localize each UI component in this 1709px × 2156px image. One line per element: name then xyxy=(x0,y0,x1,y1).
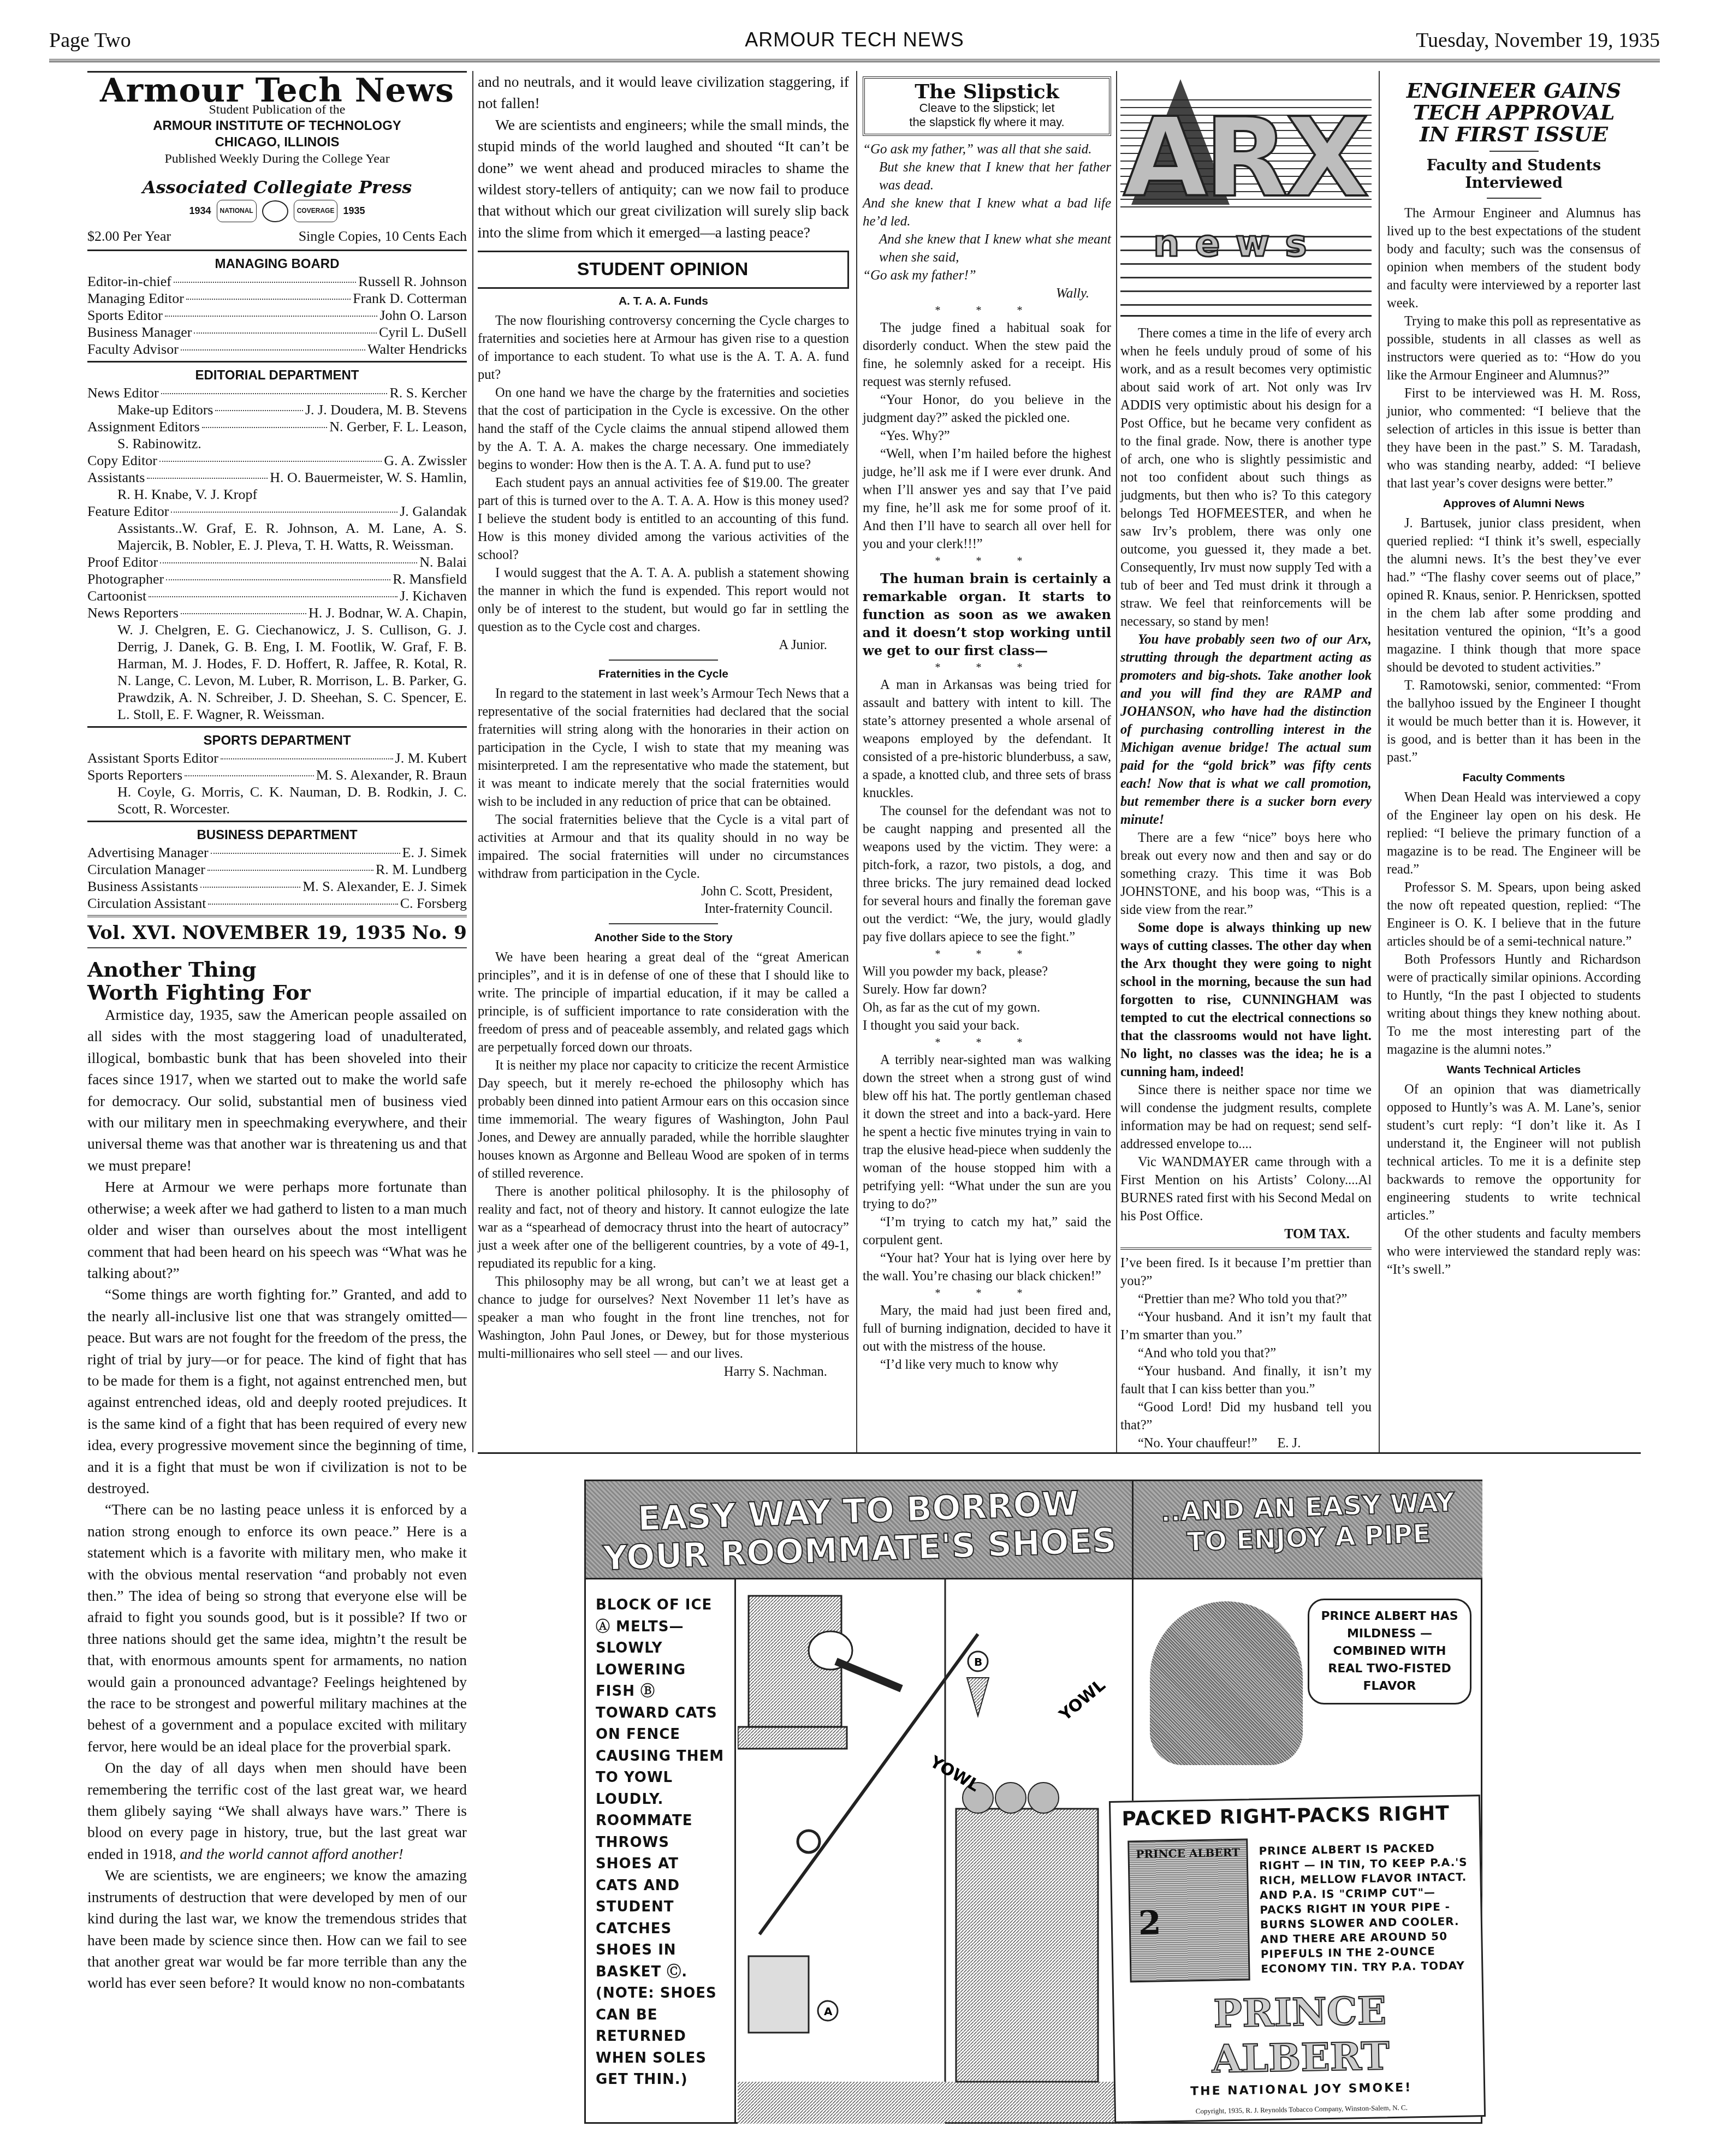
staff-continuation: Assistants..W. Graf, E. R. Johnson, A. M… xyxy=(87,520,467,554)
separator-stars: * * * xyxy=(863,1035,1111,1051)
paragraph: “Some things are worth fighting for.” Gr… xyxy=(87,1284,467,1499)
joke-paragraph: “I’d like very much to know why xyxy=(863,1356,1111,1374)
staff-row: Circulation AssistantC. Forsberg xyxy=(87,895,467,912)
dept-heading: EDITORIAL DEPARTMENT xyxy=(87,367,467,384)
slipstick-motto: Cleave to the slipstick; let xyxy=(868,101,1106,115)
leader-dots xyxy=(194,332,377,334)
headline-line: TECH APPROVAL xyxy=(1387,102,1641,123)
paragraph: “Good Lord! Did my husband tell you that… xyxy=(1120,1398,1372,1434)
leader-dots xyxy=(166,579,390,580)
paragraph: The social fraternities believe that the… xyxy=(478,811,849,883)
staff-row: News ReportersH. J. Bodnar, W. A. Chapin… xyxy=(87,604,467,621)
joke-paragraph: Mary, the maid had just been fired and, … xyxy=(863,1302,1111,1356)
staff-row: PhotographerR. Mansfield xyxy=(87,571,467,587)
staff-row: Make-up EditorsJ. J. Doudera, M. B. Stev… xyxy=(87,401,467,418)
paragraph: First to be interviewed was H. M. Ross, … xyxy=(1387,384,1641,492)
staff-role: Advertising Manager xyxy=(87,844,209,861)
paragraph: “No. Your chauffeur!” E. J. xyxy=(1120,1434,1372,1452)
slipstick-header: The Slipstick Cleave to the slipstick; l… xyxy=(863,76,1111,136)
arx-news-logo: ARX news xyxy=(1120,76,1372,317)
brand-slogan: THE NATIONAL JOY SMOKE! xyxy=(1126,2080,1476,2099)
staff-names: C. Forsberg xyxy=(400,895,467,912)
staff-role: Copy Editor xyxy=(87,452,157,469)
staff-row: Proof EditorN. Balai xyxy=(87,554,467,571)
paragraph: Here at Armour we were perhaps more fort… xyxy=(87,1176,467,1284)
logo-arx-text: ARX xyxy=(1123,93,1366,224)
staff-role: Business Manager xyxy=(87,324,192,341)
prince-albert-advertisement: EASY WAY TO BORROW YOUR ROOMMATE'S SHOES… xyxy=(584,1480,1482,2124)
volume-line: Vol. XVI. NOVEMBER 19, 1935 No. 9 xyxy=(87,915,467,948)
paragraph: We are scientists, we are engineers; we … xyxy=(87,1864,467,1993)
staff-continuation: W. J. Chelgren, E. G. Ciechanowicz, J. S… xyxy=(87,621,467,723)
paragraph: This philosophy may be all wrong, but ca… xyxy=(478,1273,849,1363)
speech-bubble: PRINCE ALBERT HAS MILDNESS — COMBINED WI… xyxy=(1308,1599,1471,1704)
joke-paragraph: “Well, when I’m hailed before the highes… xyxy=(863,445,1111,553)
paragraph: “Prettier than me? Who told you that?” xyxy=(1120,1290,1372,1308)
staff-continuation: H. Coyle, G. Morris, C. K. Nauman, D. B.… xyxy=(87,783,467,817)
staff-names: N. Balai xyxy=(419,554,467,571)
leader-dots xyxy=(211,853,400,854)
annual-price: $2.00 Per Year xyxy=(87,225,171,247)
leader-dots xyxy=(149,596,397,597)
staff-names: H. J. Bodnar, W. A. Chapin, xyxy=(308,604,467,621)
paragraph: Vic WANDMAYER came through with a First … xyxy=(1120,1153,1372,1225)
staff-row: Managing EditorFrank D. Cotterman xyxy=(87,290,467,307)
staff-row: Assistant Sports EditorJ. M. Kubert xyxy=(87,750,467,767)
leader-dots xyxy=(208,904,397,905)
letter: Fraternities in the Cycle In regard to t… xyxy=(478,666,849,924)
staff-row: Business AssistantsM. S. Alexander, E. J… xyxy=(87,878,467,895)
staff-row: Circulation ManagerR. M. Lundberg xyxy=(87,861,467,878)
joke-paragraph: The human brain is certainly a remarkabl… xyxy=(863,569,1111,660)
staff-names: E. J. Simek xyxy=(402,844,467,861)
paragraph: “There can be no lasting peace unless it… xyxy=(87,1499,467,1757)
letter-signature: John C. Scott, President, Inter-fraterni… xyxy=(478,883,849,918)
leader-dots xyxy=(159,461,382,462)
column-rule xyxy=(1379,71,1380,1452)
leader-dots xyxy=(215,410,302,411)
price-row: $2.00 Per Year Single Copies, 10 Cents E… xyxy=(87,225,467,251)
slipstick-motto: the slapstick fly where it may. xyxy=(868,115,1106,129)
letter: A. T. A. A. Funds The now flourishing co… xyxy=(478,293,849,661)
acp-tag-coverage: COVERAGE xyxy=(294,200,338,222)
ad-banner-left: EASY WAY TO BORROW YOUR ROOMMATE'S SHOES xyxy=(586,1481,1132,1579)
signature: E. J. xyxy=(1277,1436,1301,1451)
paragraph: T. Ramotowski, senior, commented: “From … xyxy=(1387,676,1641,767)
column-student-opinion: and no neutrals, and it would leave civi… xyxy=(478,71,849,1381)
staff-names: H. O. Bauermeister, W. S. Hamlin, xyxy=(270,469,467,486)
ad-divider xyxy=(478,1452,1641,1454)
divider xyxy=(1120,1248,1372,1250)
staff-names: N. Gerber, F. L. Leason, xyxy=(329,418,467,435)
staff-names: M. S. Alexander, E. J. Simek xyxy=(302,878,467,895)
column-engineer-article: ENGINEER GAINS TECH APPROVAL IN FIRST IS… xyxy=(1387,71,1641,1279)
paragraph: We are scientists and engineers; while t… xyxy=(478,114,849,243)
leader-dots xyxy=(147,478,268,479)
cartoon-illustration: A B YOWL YOWL xyxy=(738,1579,1132,2124)
staff-managing-board: MANAGING BOARD Editor-in-chiefRussell R.… xyxy=(87,256,467,363)
staff-row: Editor-in-chiefRussell R. Johnson xyxy=(87,273,467,290)
editorial-headline-2: Worth Fighting For xyxy=(87,981,467,1004)
leader-dots xyxy=(181,349,365,351)
label-b: B xyxy=(974,1655,982,1668)
paragraph: It is neither my place nor capacity to c… xyxy=(478,1056,849,1183)
paragraph: Some dope is always thinking up new ways… xyxy=(1120,919,1372,1081)
tin-number: 2 xyxy=(1130,1903,1248,1943)
staff-role: Photographer xyxy=(87,571,164,587)
staff-role: Assignment Editors xyxy=(87,418,200,435)
label-a: A xyxy=(824,2005,833,2018)
paragraph: Professor S. M. Spears, upon being asked… xyxy=(1387,878,1641,951)
headline-line: ENGINEER GAINS xyxy=(1387,80,1641,102)
yowl-text: YOWL xyxy=(1055,1676,1109,1725)
dept-heading: SPORTS DEPARTMENT xyxy=(87,732,467,750)
joke-paragraph: “Your hat? Your hat is lying over here b… xyxy=(863,1249,1111,1285)
staff-role: Cartoonist xyxy=(87,587,146,604)
paragraph: I would suggest that the A. T. A. A. pub… xyxy=(478,564,849,636)
staff-role: Feature Editor xyxy=(87,503,169,520)
staff-names: Cyril L. DuSell xyxy=(379,324,467,341)
staff-continuation: R. H. Knabe, V. J. Kropf xyxy=(87,486,467,503)
leader-dots xyxy=(186,299,351,300)
letter: Another Side to the Story We have been h… xyxy=(478,930,849,1381)
staff-sports-department: SPORTS DEPARTMENT Assistant Sports Edito… xyxy=(87,732,467,822)
paragraph: There comes a time in the life of every … xyxy=(1120,324,1372,631)
dept-heading: MANAGING BOARD xyxy=(87,256,467,273)
staff-role: Proof Editor xyxy=(87,554,158,571)
leader-dots xyxy=(161,393,388,394)
letter-title: Fraternities in the Cycle xyxy=(478,666,849,682)
staff-row: Feature EditorJ. Galandak xyxy=(87,503,467,520)
leader-dots xyxy=(174,282,356,283)
staff-names: R. Mansfield xyxy=(393,571,467,587)
separator-stars: * * * xyxy=(863,302,1111,319)
issue-date: Tuesday, November 19, 1935 xyxy=(1416,28,1660,52)
leader-dots xyxy=(160,562,417,563)
leader-dots xyxy=(207,870,373,871)
separator-stars: * * * xyxy=(863,946,1111,963)
copyright-notice: Copyright, 1935, R. J. Reynolds Tobacco … xyxy=(1138,2102,1465,2117)
staff-row: Sports ReportersM. S. Alexander, R. Brau… xyxy=(87,767,467,783)
staff-row: Sports EditorJohn O. Larson xyxy=(87,307,467,324)
ad-copy: PRINCE ALBERT IS PACKED RIGHT — IN TIN, … xyxy=(1259,1840,1474,1976)
staff-row: AssistantsH. O. Bauermeister, W. S. Haml… xyxy=(87,469,467,486)
poem-line: But she knew that I knew that her father… xyxy=(863,158,1111,194)
staff-names: R. S. Kercher xyxy=(389,384,467,401)
single-copy-price: Single Copies, 10 Cents Each xyxy=(299,225,467,247)
column-arx-news: ARX news There comes a time in the life … xyxy=(1120,71,1372,1452)
paragraph: You have probably seen two of our Arx, s… xyxy=(1120,631,1372,829)
dept-heading: BUSINESS DEPARTMENT xyxy=(87,827,467,844)
leader-dots xyxy=(165,316,377,317)
letter-title: A. T. A. A. Funds xyxy=(478,293,849,310)
leader-dots xyxy=(202,427,327,428)
staff-names: Frank D. Cotterman xyxy=(353,290,467,307)
packed-heading: PACKED RIGHT-PACKS RIGHT xyxy=(1111,1796,1479,1836)
poem-signature: Wally. xyxy=(863,284,1111,302)
top-rule xyxy=(49,59,1660,62)
packed-right-box: PACKED RIGHT-PACKS RIGHT PRINCE ALBERT 2… xyxy=(1109,1795,1486,2123)
staff-role: Sports Editor xyxy=(87,307,163,324)
paragraph: Both Professors Huntly and Richardson we… xyxy=(1387,951,1641,1059)
staff-role: Sports Reporters xyxy=(87,767,182,783)
staff-names: J. J. Doudera, M. B. Stevens xyxy=(305,401,467,418)
paragraph: “And who told you that?” xyxy=(1120,1344,1372,1362)
joke-paragraph: The judge fined a habitual soak for diso… xyxy=(863,319,1111,391)
paragraph: Trying to make this poll as representati… xyxy=(1387,312,1641,384)
paragraph: On one hand we have the charge by the fr… xyxy=(478,384,849,474)
leader-dots xyxy=(171,512,397,513)
staff-role: Circulation Assistant xyxy=(87,895,206,912)
section-heading: Approves of Alumni News xyxy=(1387,496,1641,512)
volume-number: Vol. XVI. xyxy=(87,923,176,944)
section-heading: Wants Technical Articles xyxy=(1387,1062,1641,1078)
masthead-frequency: Published Weekly During the College Year xyxy=(87,151,467,167)
paragraph: “Your husband. And it isn’t my fault tha… xyxy=(1120,1308,1372,1344)
banner-text: ..AND AN EASY WAY TO ENJOY A PIPE xyxy=(1132,1475,1483,1559)
poem-line: And she knew that I knew what a bad life… xyxy=(863,194,1111,230)
paragraph: There are a few “nice” boys here who bre… xyxy=(1120,829,1372,919)
staff-names: G. A. Zwissler xyxy=(384,452,467,469)
paragraph: J. Bartusek, junior class president, whe… xyxy=(1387,514,1641,676)
acp-year-end: 1935 xyxy=(343,200,365,222)
signature-line: Inter-fraternity Council. xyxy=(478,900,833,918)
paragraph: The now flourishing controversy concerni… xyxy=(478,312,849,384)
staff-names: M. S. Alexander, R. Braun xyxy=(316,767,467,783)
masthead-title: Armour Tech News xyxy=(87,80,467,102)
issue-number: No. 9 xyxy=(412,923,467,944)
separator-stars: * * * xyxy=(863,660,1111,676)
acp-emblem: Associated Collegiate Press 1934 NATIONA… xyxy=(87,177,467,222)
brand-logo: PRINCE ALBERT xyxy=(1125,1986,1476,2083)
joke-line: I thought you said your back. xyxy=(863,1017,1111,1035)
paragraph: and no neutrals, and it would leave civi… xyxy=(478,71,849,114)
subheadline: Faculty and Students xyxy=(1387,157,1641,175)
paragraph: I’ve been fired. Is it because I’m prett… xyxy=(1120,1254,1372,1290)
paragraph: In regard to the statement in last week’… xyxy=(478,685,849,811)
paragraph: Of an opinion that was diametrically opp… xyxy=(1387,1080,1641,1225)
staff-row: Assignment EditorsN. Gerber, F. L. Leaso… xyxy=(87,418,467,435)
joke-line: Oh, as far as the cut of my gown. xyxy=(863,999,1111,1017)
acp-seal-icon xyxy=(262,200,288,222)
arx-signature: TOM TAX. xyxy=(1120,1225,1372,1243)
joke-paragraph: A terribly near-sighted man was walking … xyxy=(863,1051,1111,1213)
staff-business-department: BUSINESS DEPARTMENT Advertising ManagerE… xyxy=(87,827,467,915)
staff-role: News Editor xyxy=(87,384,159,401)
section-heading: Faculty Comments xyxy=(1387,770,1641,786)
slipstick-title: The Slipstick xyxy=(868,83,1106,101)
paragraph: Each student pays an annual activities f… xyxy=(478,474,849,564)
logo-news-text: news xyxy=(1153,235,1322,253)
paragraph-emphasis: and the world cannot afford another! xyxy=(180,1845,403,1862)
staff-role: News Reporters xyxy=(87,604,179,621)
paragraph: Of the other students and faculty member… xyxy=(1387,1225,1641,1279)
joke-line: Surely. How far down? xyxy=(863,981,1111,999)
paragraph: When Dean Heald was interviewed a copy o… xyxy=(1387,788,1641,878)
staff-role: Assistant Sports Editor xyxy=(87,750,218,767)
divider xyxy=(1487,198,1541,199)
staff-names: R. M. Lundberg xyxy=(376,861,467,878)
separator-stars: * * * xyxy=(863,1285,1111,1302)
paragraph-text: “No. Your chauffeur!” xyxy=(1138,1436,1257,1451)
column-rule xyxy=(856,71,857,1452)
editorial-headline-1: Another Thing xyxy=(87,958,467,981)
staff-names: Walter Hendricks xyxy=(367,341,467,358)
paragraph: We have been hearing a great deal of the… xyxy=(478,948,849,1056)
staff-role: Make-up Editors xyxy=(117,401,213,418)
staff-row: Advertising ManagerE. J. Simek xyxy=(87,844,467,861)
pipe-smoker-illustration xyxy=(1150,1601,1303,1765)
subheadline: Interviewed xyxy=(1387,175,1641,192)
staff-role: Managing Editor xyxy=(87,290,184,307)
joke-paragraph: “I’m trying to catch my hat,” said the c… xyxy=(863,1213,1111,1249)
column-masthead: Armour Tech News Student Publication of … xyxy=(87,71,467,1994)
divider xyxy=(609,660,718,661)
staff-names: Russell R. Johnson xyxy=(358,273,467,290)
paragraph: “Your husband. And finally, it isn’t my … xyxy=(1120,1362,1372,1398)
joke-paragraph: “Yes. Why?” xyxy=(863,427,1111,445)
staff-role: Business Assistants xyxy=(87,878,198,895)
staff-continuation: S. Rabinowitz. xyxy=(87,435,467,452)
staff-names: J. M. Kubert xyxy=(395,750,467,767)
staff-names: John O. Larson xyxy=(379,307,467,324)
staff-role: Assistants xyxy=(87,469,145,486)
ad-banner-right: ..AND AN EASY WAY TO ENJOY A PIPE xyxy=(1132,1481,1482,1579)
acp-name: Associated Collegiate Press xyxy=(87,177,467,198)
staff-names: J. Kichaven xyxy=(400,587,467,604)
staff-row: News EditorR. S. Kercher xyxy=(87,384,467,401)
poem-line: And she knew that I knew what she meant … xyxy=(863,230,1111,266)
staff-row: Business ManagerCyril L. DuSell xyxy=(87,324,467,341)
staff-role: Circulation Manager xyxy=(87,861,205,878)
staff-row: CartoonistJ. Kichaven xyxy=(87,587,467,604)
headline-line: IN FIRST ISSUE xyxy=(1387,123,1641,145)
letter-signature: Harry S. Nachman. xyxy=(478,1363,849,1381)
paragraph: On the day of all days when men should h… xyxy=(87,1757,467,1864)
ad-right-panel: PRINCE ALBERT HAS MILDNESS — COMBINED WI… xyxy=(1132,1579,1482,2124)
cartoon-caption: BLOCK OF ICE Ⓐ MELTS— SLOWLY LOWERING FI… xyxy=(586,1579,736,2124)
paragraph: Since there is neither space nor time we… xyxy=(1120,1081,1372,1153)
leader-dots xyxy=(181,613,306,614)
rube-goldberg-cartoon: A B YOWL YOWL xyxy=(738,1579,1132,2124)
column-rule xyxy=(1116,71,1117,1452)
volume-date: NOVEMBER 19, 1935 xyxy=(182,923,406,944)
divider xyxy=(609,923,718,924)
tobacco-tin-icon: PRINCE ALBERT 2 xyxy=(1128,1839,1250,1983)
paragraph: The Armour Engineer and Alumnus has live… xyxy=(1387,204,1641,312)
joke-paragraph: A man in Arkansas was being tried for as… xyxy=(863,676,1111,802)
poem: “Go ask my father,” was all that she sai… xyxy=(863,140,1111,302)
letter-signature: A Junior. xyxy=(478,636,849,654)
acp-tag-national: NATIONAL xyxy=(217,200,257,222)
banner-text: EASY WAY TO BORROW YOUR ROOMMATE'S SHOES xyxy=(585,1472,1134,1578)
poem-line: “Go ask my father!” xyxy=(863,266,1111,284)
paragraph: Armistice day, 1935, saw the American pe… xyxy=(87,1004,467,1176)
separator-stars: * * * xyxy=(863,553,1111,569)
letter-title: Another Side to the Story xyxy=(478,930,849,946)
editorial-article: Another Thing Worth Fighting For Armisti… xyxy=(87,958,467,1994)
staff-editorial-department: EDITORIAL DEPARTMENT News EditorR. S. Ke… xyxy=(87,367,467,728)
masthead: Armour Tech News Student Publication of … xyxy=(87,71,467,251)
staff-row: Copy EditorG. A. Zwissler xyxy=(87,452,467,469)
staff-role: Faculty Advisor xyxy=(87,341,179,358)
student-opinion-heading: STUDENT OPINION xyxy=(478,251,849,288)
joke-paragraph: The counsel for the defendant was not to… xyxy=(863,802,1111,946)
acp-years: 1934 NATIONAL COVERAGE 1935 xyxy=(87,200,467,222)
staff-names: J. Galandak xyxy=(400,503,467,520)
divider xyxy=(1490,151,1539,152)
acp-year-start: 1934 xyxy=(189,200,211,222)
joke-line: Will you powder my back, please? xyxy=(863,963,1111,981)
paragraph: There is another political philosophy. I… xyxy=(478,1183,849,1273)
leader-dots xyxy=(221,758,393,759)
column-rule xyxy=(472,71,473,1452)
column-slipstick: The Slipstick Cleave to the slipstick; l… xyxy=(863,71,1111,1374)
leader-dots xyxy=(200,887,300,888)
tin-label: PRINCE ALBERT xyxy=(1129,1846,1246,1861)
staff-role: Editor-in-chief xyxy=(87,273,171,290)
masthead-institute: ARMOUR INSTITUTE OF TECHNOLOGY xyxy=(87,118,467,134)
staff-row: Faculty AdvisorWalter Hendricks xyxy=(87,341,467,358)
signature-line: John C. Scott, President, xyxy=(478,883,833,900)
leader-dots xyxy=(185,775,314,776)
joke-paragraph: “Your Honor, do you believe in the judgm… xyxy=(863,391,1111,427)
masthead-city: CHICAGO, ILLINOIS xyxy=(87,134,467,151)
poem-line: “Go ask my father,” was all that she sai… xyxy=(863,140,1111,158)
